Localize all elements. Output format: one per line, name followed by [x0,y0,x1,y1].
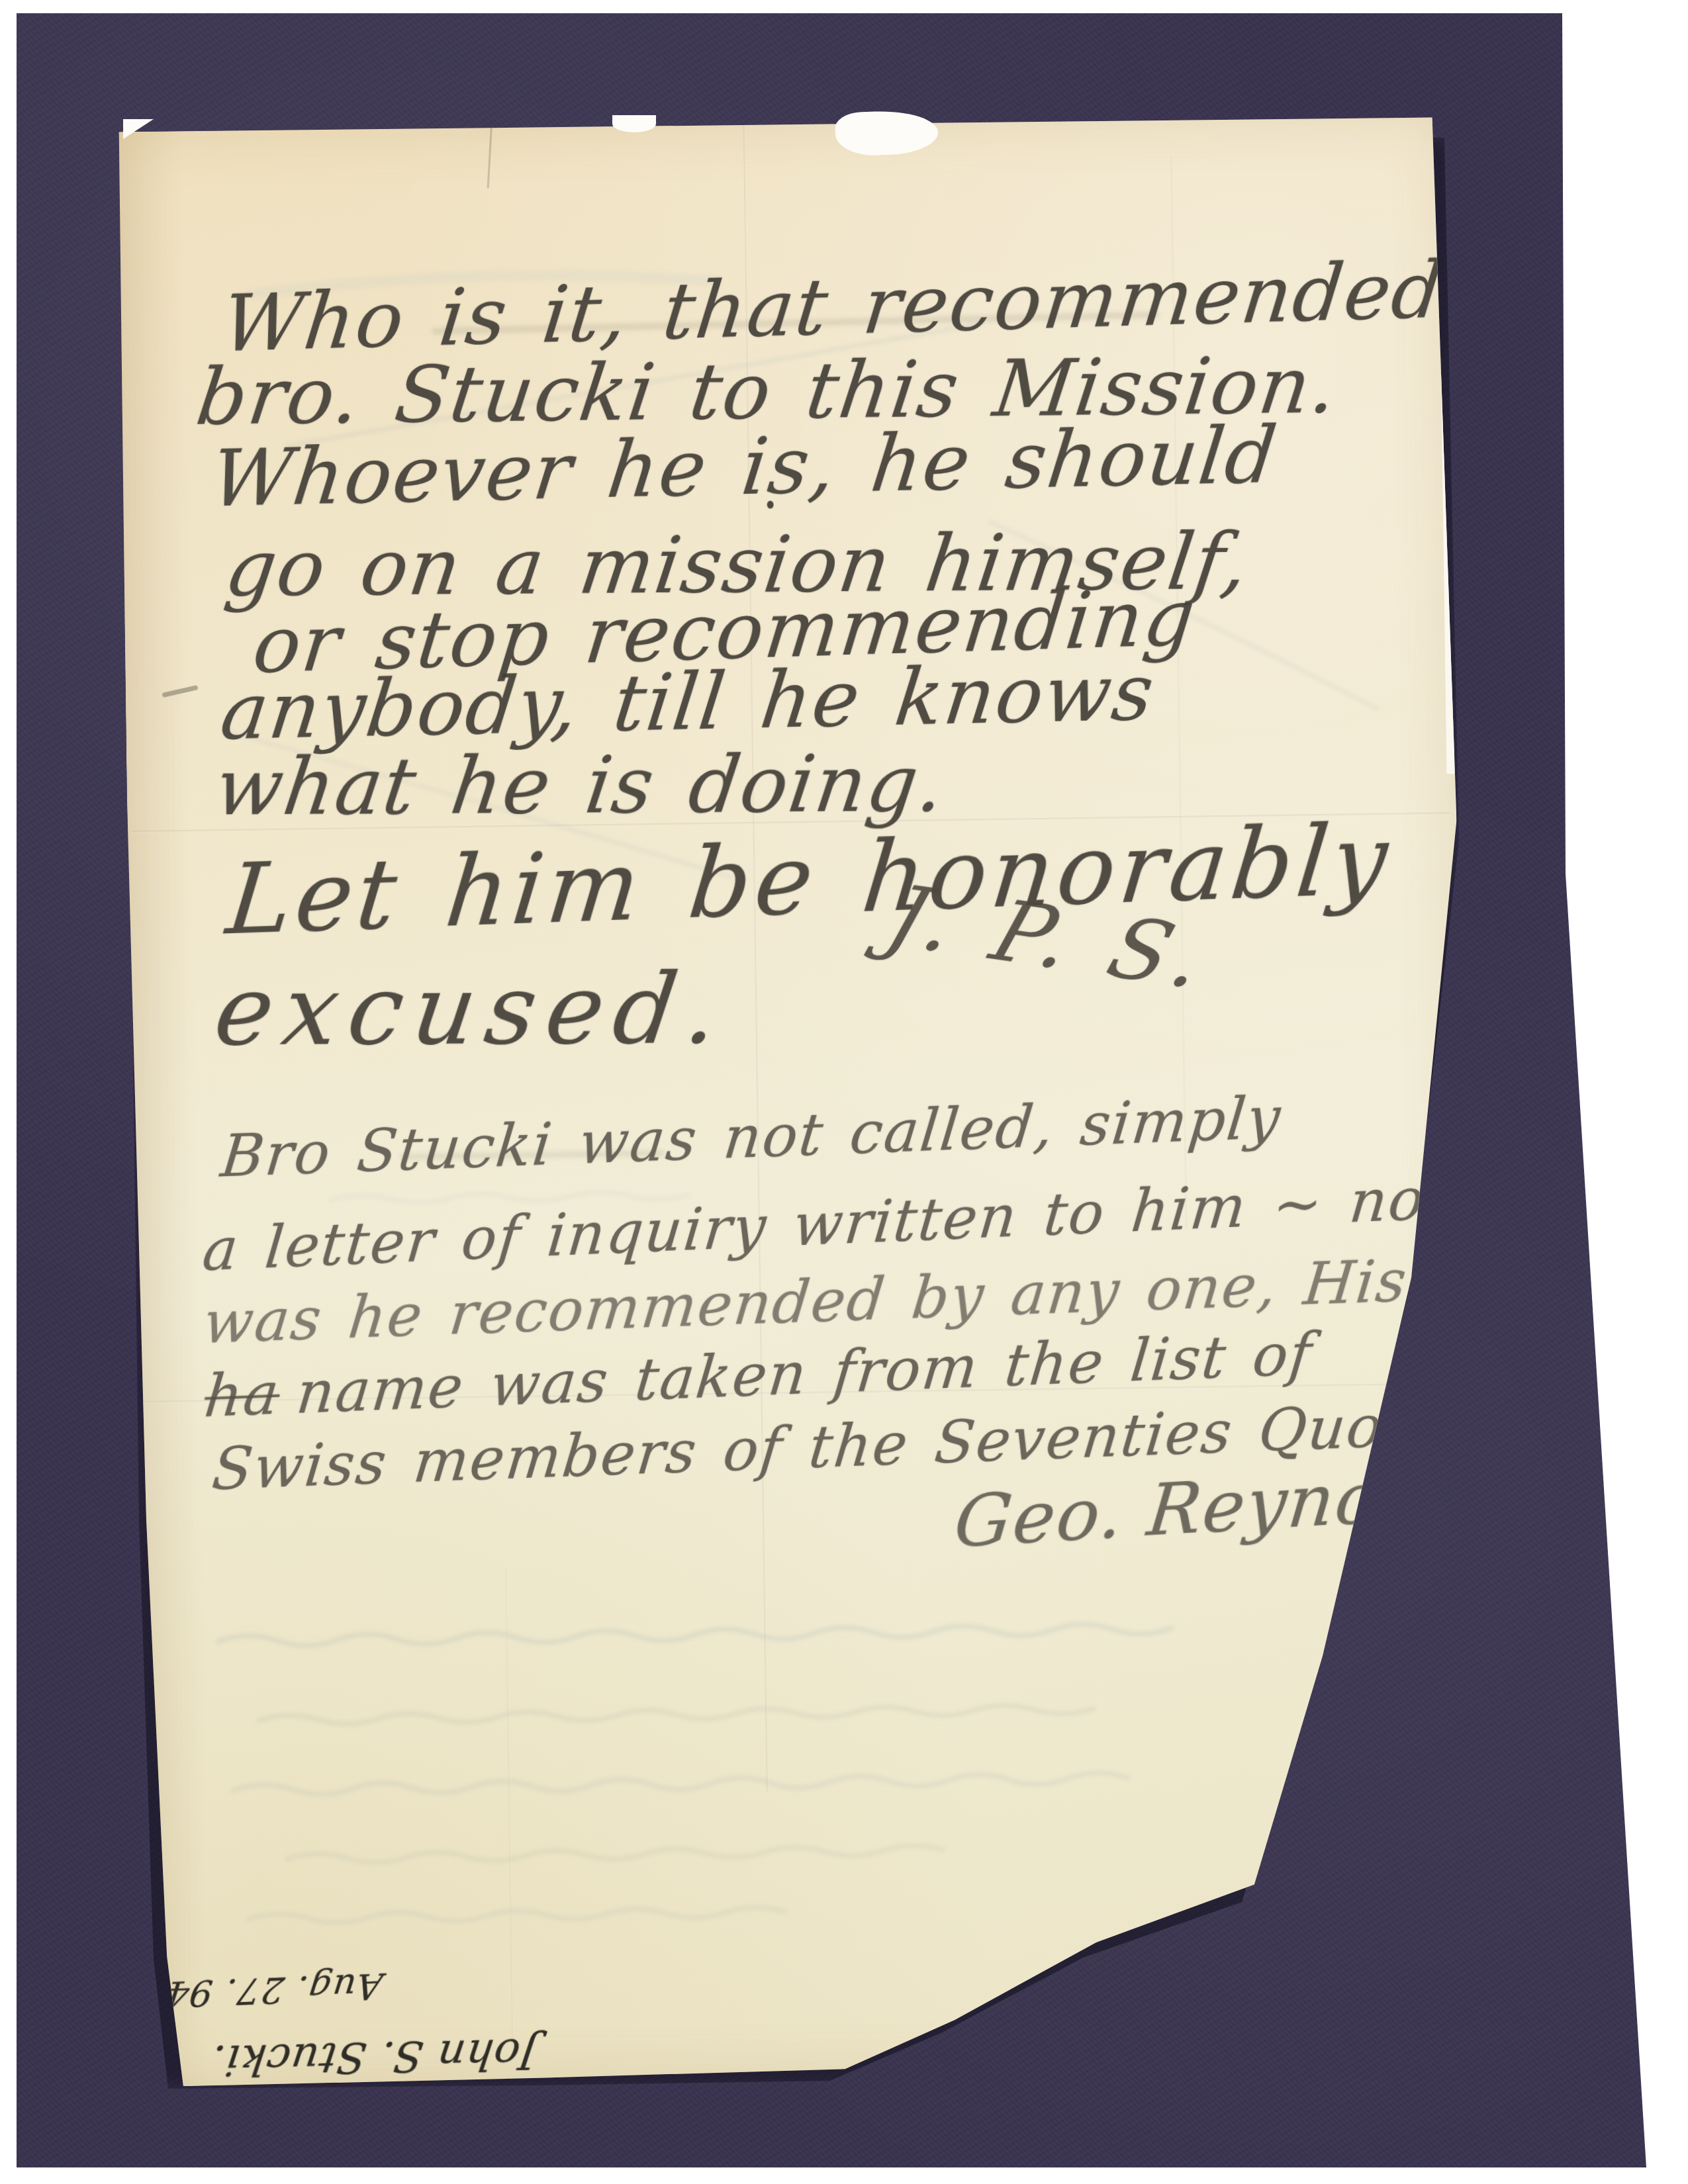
docket-annotation-rotated: John S. Stucki. Aug. 27. 94 [152,1879,539,2085]
letter-line: excused. [209,954,736,1068]
docket-name: John S. Stucki. [208,2028,541,2085]
paper-edge-crack [487,125,492,188]
scanned-letter-page: Who is it, that recommended bro. Stucki … [0,0,1688,2184]
letter-paper: Who is it, that recommended bro. Stucki … [118,112,1476,2089]
stray-pencil-dash [162,685,198,698]
docket-date: Aug. 27. 94 [163,1965,385,2015]
paper-chip-top-1 [612,115,656,132]
letter-line: Bro Stucki was not called, simply [218,1083,1285,1191]
letter-line: what he is doing. [210,738,951,833]
struck-out-word: ha [201,1359,283,1431]
